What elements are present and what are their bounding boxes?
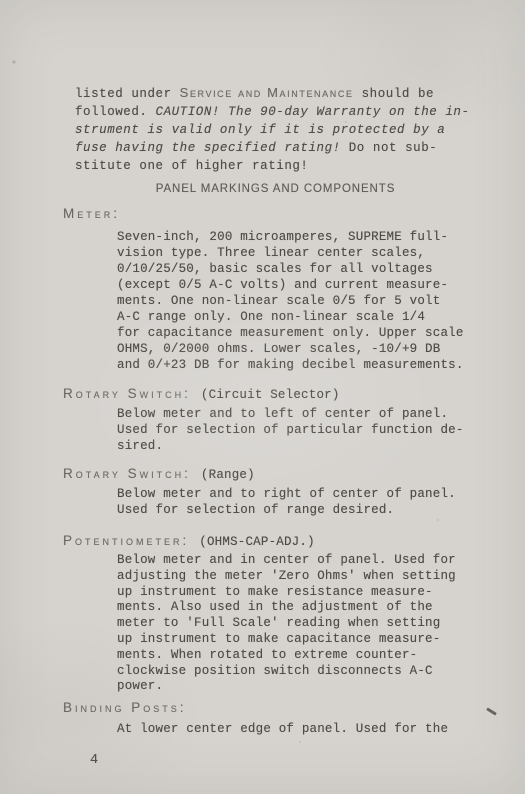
- term-binding-posts: Binding Posts:: [63, 700, 187, 715]
- section-binding-posts: Binding Posts: At lower center edge of p…: [0, 699, 525, 737]
- term-qualifier: (Range): [201, 468, 255, 482]
- term-meter: Meter:: [63, 206, 120, 221]
- page-number: 4: [90, 753, 525, 768]
- term-line: Meter:: [63, 205, 525, 223]
- term-line: Rotary Switch:(Range): [63, 465, 525, 483]
- term-qualifier: (OHMS-CAP-ADJ.): [199, 535, 315, 549]
- term-line: Rotary Switch:(Circuit Selector): [63, 385, 525, 403]
- section-body: Below meter and to left of center of pan…: [117, 406, 477, 454]
- section-rotary-switch-range: Rotary Switch:(Range) Below meter and to…: [0, 465, 525, 518]
- term-rotary-switch: Rotary Switch:: [63, 466, 191, 481]
- section-body: Below meter and in center of panel. Used…: [117, 553, 477, 695]
- term-qualifier: (Circuit Selector): [201, 388, 340, 402]
- intro-paragraph: listed under Service and Maintenance sho…: [75, 84, 475, 175]
- term-line: Binding Posts:: [63, 699, 525, 717]
- intro-segment-smallcaps: Service and Maintenance: [180, 85, 354, 100]
- section-potentiometer: Potentiometer:(OHMS-CAP-ADJ.) Below mete…: [0, 532, 525, 695]
- section-rotary-switch-circuit-selector: Rotary Switch:(Circuit Selector) Below m…: [0, 385, 525, 454]
- page-heading: PANEL MARKINGS AND COMPONENTS: [0, 183, 525, 195]
- section-body: Below meter and to right of center of pa…: [117, 486, 477, 518]
- term-potentiometer: Potentiometer:: [63, 533, 189, 548]
- section-body: At lower center edge of panel. Used for …: [117, 721, 477, 737]
- intro-segment-plain: listed under: [75, 87, 180, 101]
- section-body: Seven-inch, 200 microamperes, SUPREME fu…: [117, 229, 477, 373]
- term-rotary-switch: Rotary Switch:: [63, 386, 191, 401]
- term-line: Potentiometer:(OHMS-CAP-ADJ.): [63, 532, 525, 550]
- section-meter: Meter: Seven-inch, 200 microamperes, SUP…: [0, 205, 525, 373]
- scanned-manual-page: listed under Service and Maintenance sho…: [0, 0, 525, 794]
